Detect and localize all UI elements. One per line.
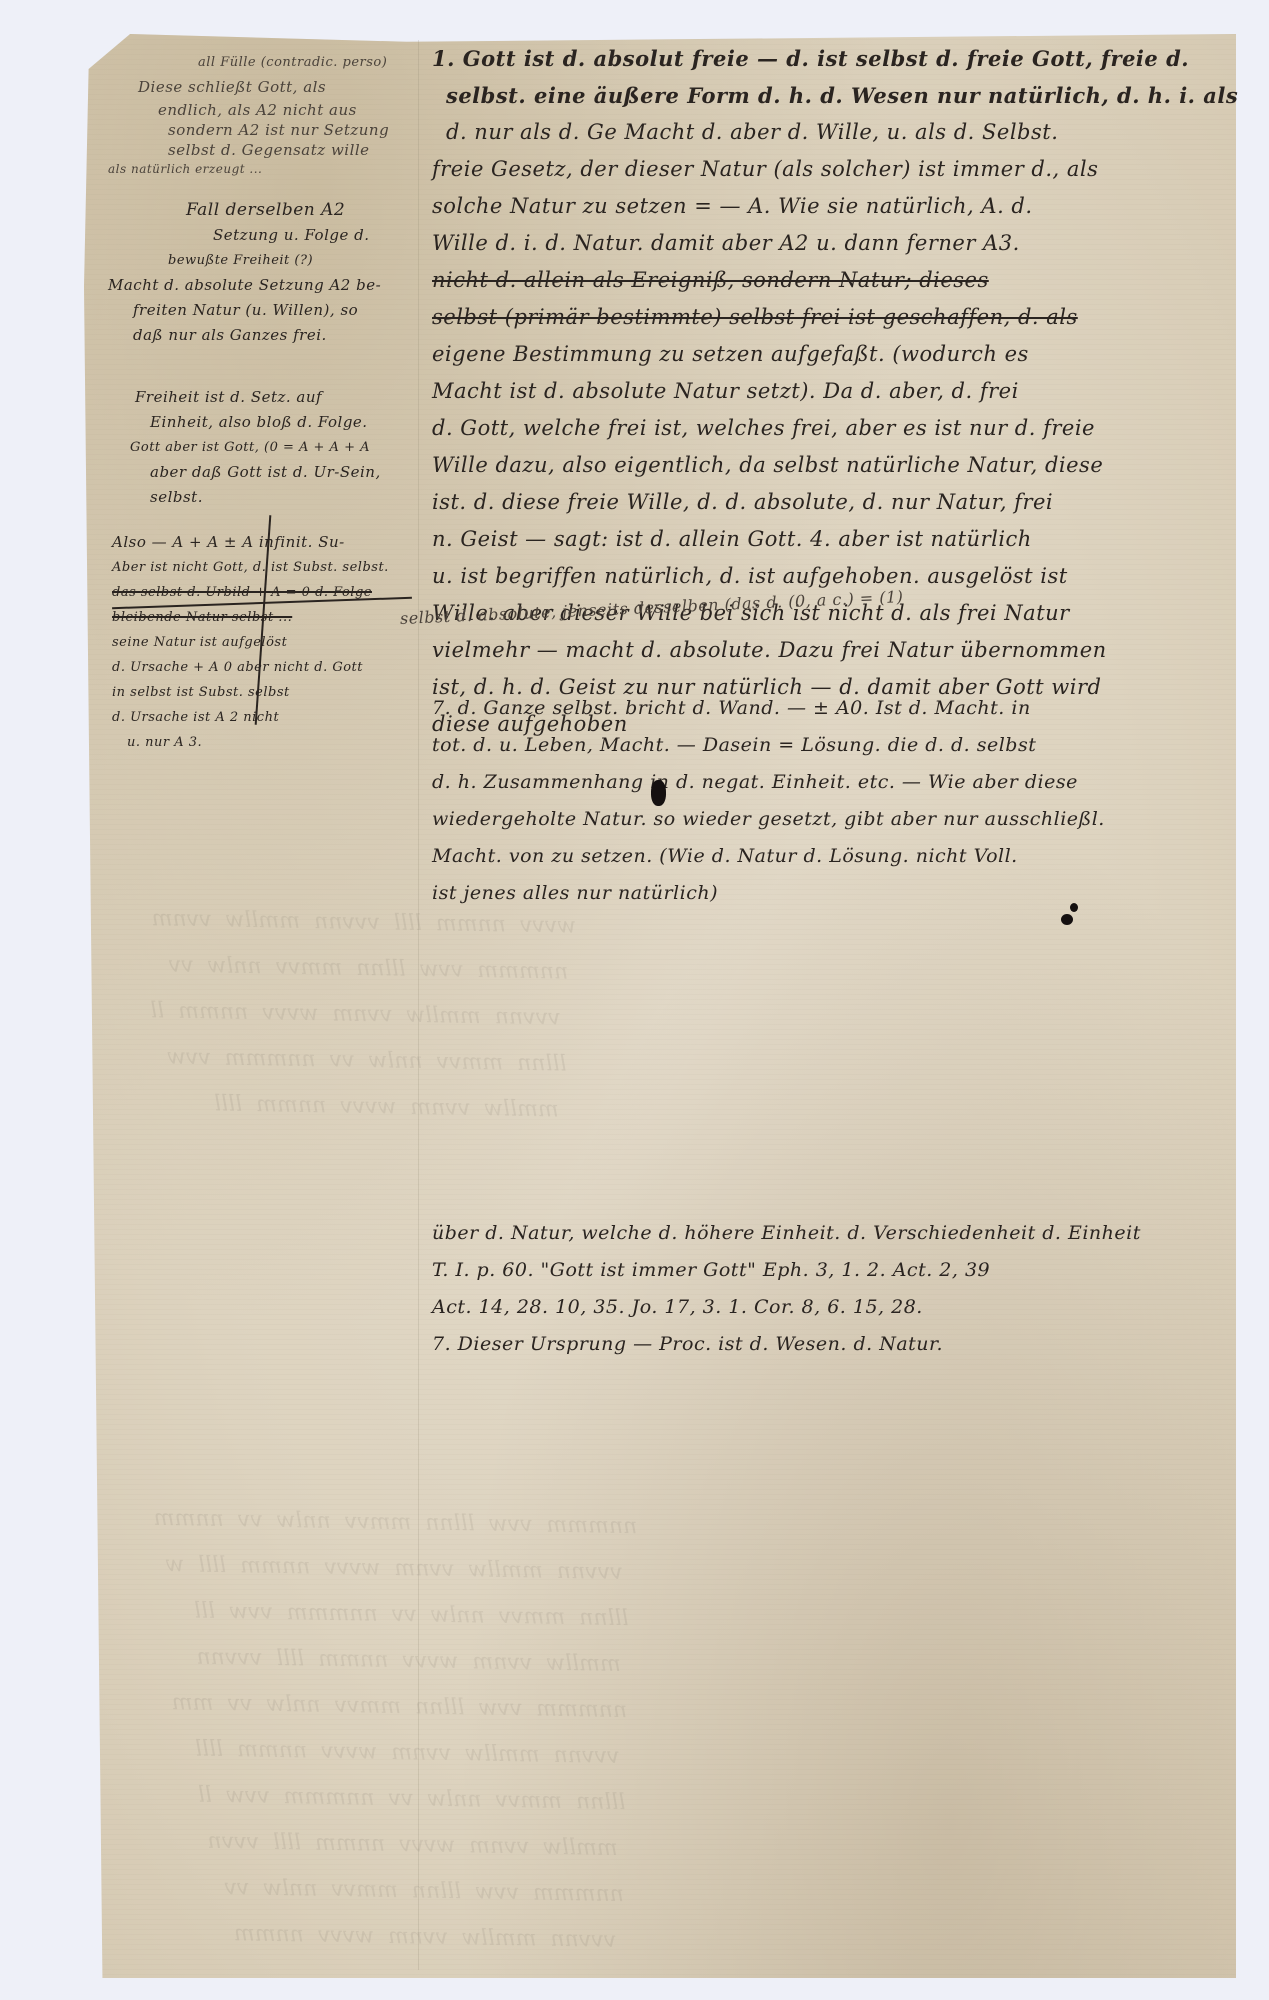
main-paragraph-1: 1. Gott ist d. absolut freie — d. ist se… [432, 40, 1232, 743]
margin-line: all Fülle (contradic. perso) [118, 50, 418, 75]
margin-line: u. nur A 3. [112, 730, 472, 755]
margin-line: in selbst ist Subst. selbst [112, 680, 472, 705]
margin-note-crossed: Also — A + A ± A infinit. Su- Aber ist n… [112, 530, 472, 755]
margin-line: d. Ursache ist A 2 nicht [112, 705, 472, 730]
margin-line: als natürlich erzeugt ... [108, 160, 418, 178]
margin-line: selbst d. Gegensatz wille [118, 140, 418, 160]
text-line: Macht. von zu setzen. (Wie d. Natur d. L… [432, 838, 1232, 875]
text-line: wiedergeholte Natur. so wieder gesetzt, … [432, 801, 1232, 838]
text-line: Wille d. i. d. Natur. damit aber A2 u. d… [432, 225, 1232, 262]
text-line: selbst. eine äußere Form d. h. d. Wesen … [432, 77, 1232, 114]
ink-spot [1061, 914, 1073, 925]
text-line: T. I. p. 60. "Gott ist immer Gott" Eph. … [432, 1252, 1232, 1289]
text-line: vielmehr — macht d. absolute. Dazu frei … [432, 632, 1232, 669]
text-line: Wille dazu, also eigentlich, da selbst n… [432, 447, 1232, 484]
text-line: eigene Bestimmung zu setzen aufgefaßt. (… [432, 336, 1232, 373]
text-line: ist jenes alles nur natürlich) [432, 875, 1232, 912]
margin-note-2: Fall derselben A2 Setzung u. Folge d. be… [108, 198, 428, 348]
text-line: solche Natur zu setzen = — A. Wie sie na… [432, 188, 1232, 225]
text-line: tot. d. u. Leben, Macht. — Dasein = Lösu… [432, 727, 1232, 764]
text-line: d. h. Zusammenhang in d. negat. Einheit.… [432, 764, 1232, 801]
margin-note-3: Freiheit ist d. Setz. auf Einheit, also … [130, 385, 420, 510]
margin-line: Macht d. absolute Setzung A2 be- [108, 273, 428, 298]
text-line: Act. 14, 28. 10, 35. Jo. 17, 3. 1. Cor. … [432, 1289, 1232, 1326]
margin-line: Aber ist nicht Gott, d. ist Subst. selbs… [112, 555, 472, 580]
text-line: 7. Dieser Ursprung — Proc. ist d. Wesen.… [432, 1326, 1232, 1363]
text-line: freie Gesetz, der dieser Natur (als solc… [432, 151, 1232, 188]
text-line-crossed: nicht d. allein als Ereigniß, sondern Na… [432, 262, 1232, 299]
margin-line: Setzung u. Folge d. [108, 223, 428, 248]
bleed-through-text: nnmmm vvw lllnn mmvv nnlw vv nnmm vvvnn … [146, 1496, 638, 1964]
text-line-crossed: selbst (primär bestimmte) selbst frei is… [432, 299, 1232, 336]
margin-line: Einheit, also bloß d. Folge. [130, 410, 420, 435]
margin-line: Gott aber ist Gott, (0 = A + A + A [130, 435, 420, 460]
ink-blot [651, 780, 666, 806]
text-line: über d. Natur, welche d. höhere Einheit.… [432, 1215, 1232, 1252]
main-paragraph-2: 7. d. Ganze selbst. bricht d. Wand. — ± … [432, 690, 1232, 912]
margin-line: bewußte Freiheit (?) [108, 248, 428, 273]
text-line: 1. Gott ist d. absolut freie — d. ist se… [432, 40, 1232, 77]
main-paragraph-3: über d. Natur, welche d. höhere Einheit.… [432, 1215, 1232, 1363]
margin-line: endlich, als A2 nicht aus [118, 100, 418, 120]
margin-line: selbst. [130, 485, 420, 510]
ink-spot [1070, 903, 1078, 912]
margin-line: Diese schließt Gott, als [118, 75, 418, 100]
margin-line: d. Ursache + A 0 aber nicht d. Gott [112, 655, 472, 680]
margin-note-1: all Fülle (contradic. perso) Diese schli… [118, 50, 418, 178]
margin-line: Fall derselben A2 [108, 198, 428, 223]
margin-line: Also — A + A ± A infinit. Su- [112, 530, 472, 555]
text-line: ist. d. diese freie Wille, d. d. absolut… [432, 484, 1232, 521]
bleed-through-text: wvvv nnmm llll vvvnn mmllw vvnm nnmmm vv… [148, 896, 576, 1133]
margin-line: Freiheit ist d. Setz. auf [130, 385, 420, 410]
margin-line: sondern A2 ist nur Setzung [118, 120, 418, 140]
text-line: 7. d. Ganze selbst. bricht d. Wand. — ± … [432, 690, 1232, 727]
margin-line: daß nur als Ganzes frei. [108, 323, 428, 348]
margin-line: aber daß Gott ist d. Ur-Sein, [130, 460, 420, 485]
text-line: Macht ist d. absolute Natur setzt). Da d… [432, 373, 1232, 410]
margin-line: freiten Natur (u. Willen), so [108, 298, 428, 323]
text-line: d. Gott, welche frei ist, welches frei, … [432, 410, 1232, 447]
text-line: n. Geist — sagt: ist d. allein Gott. 4. … [432, 521, 1232, 558]
text-line: d. nur als d. Ge Macht d. aber d. Wille,… [432, 114, 1232, 151]
